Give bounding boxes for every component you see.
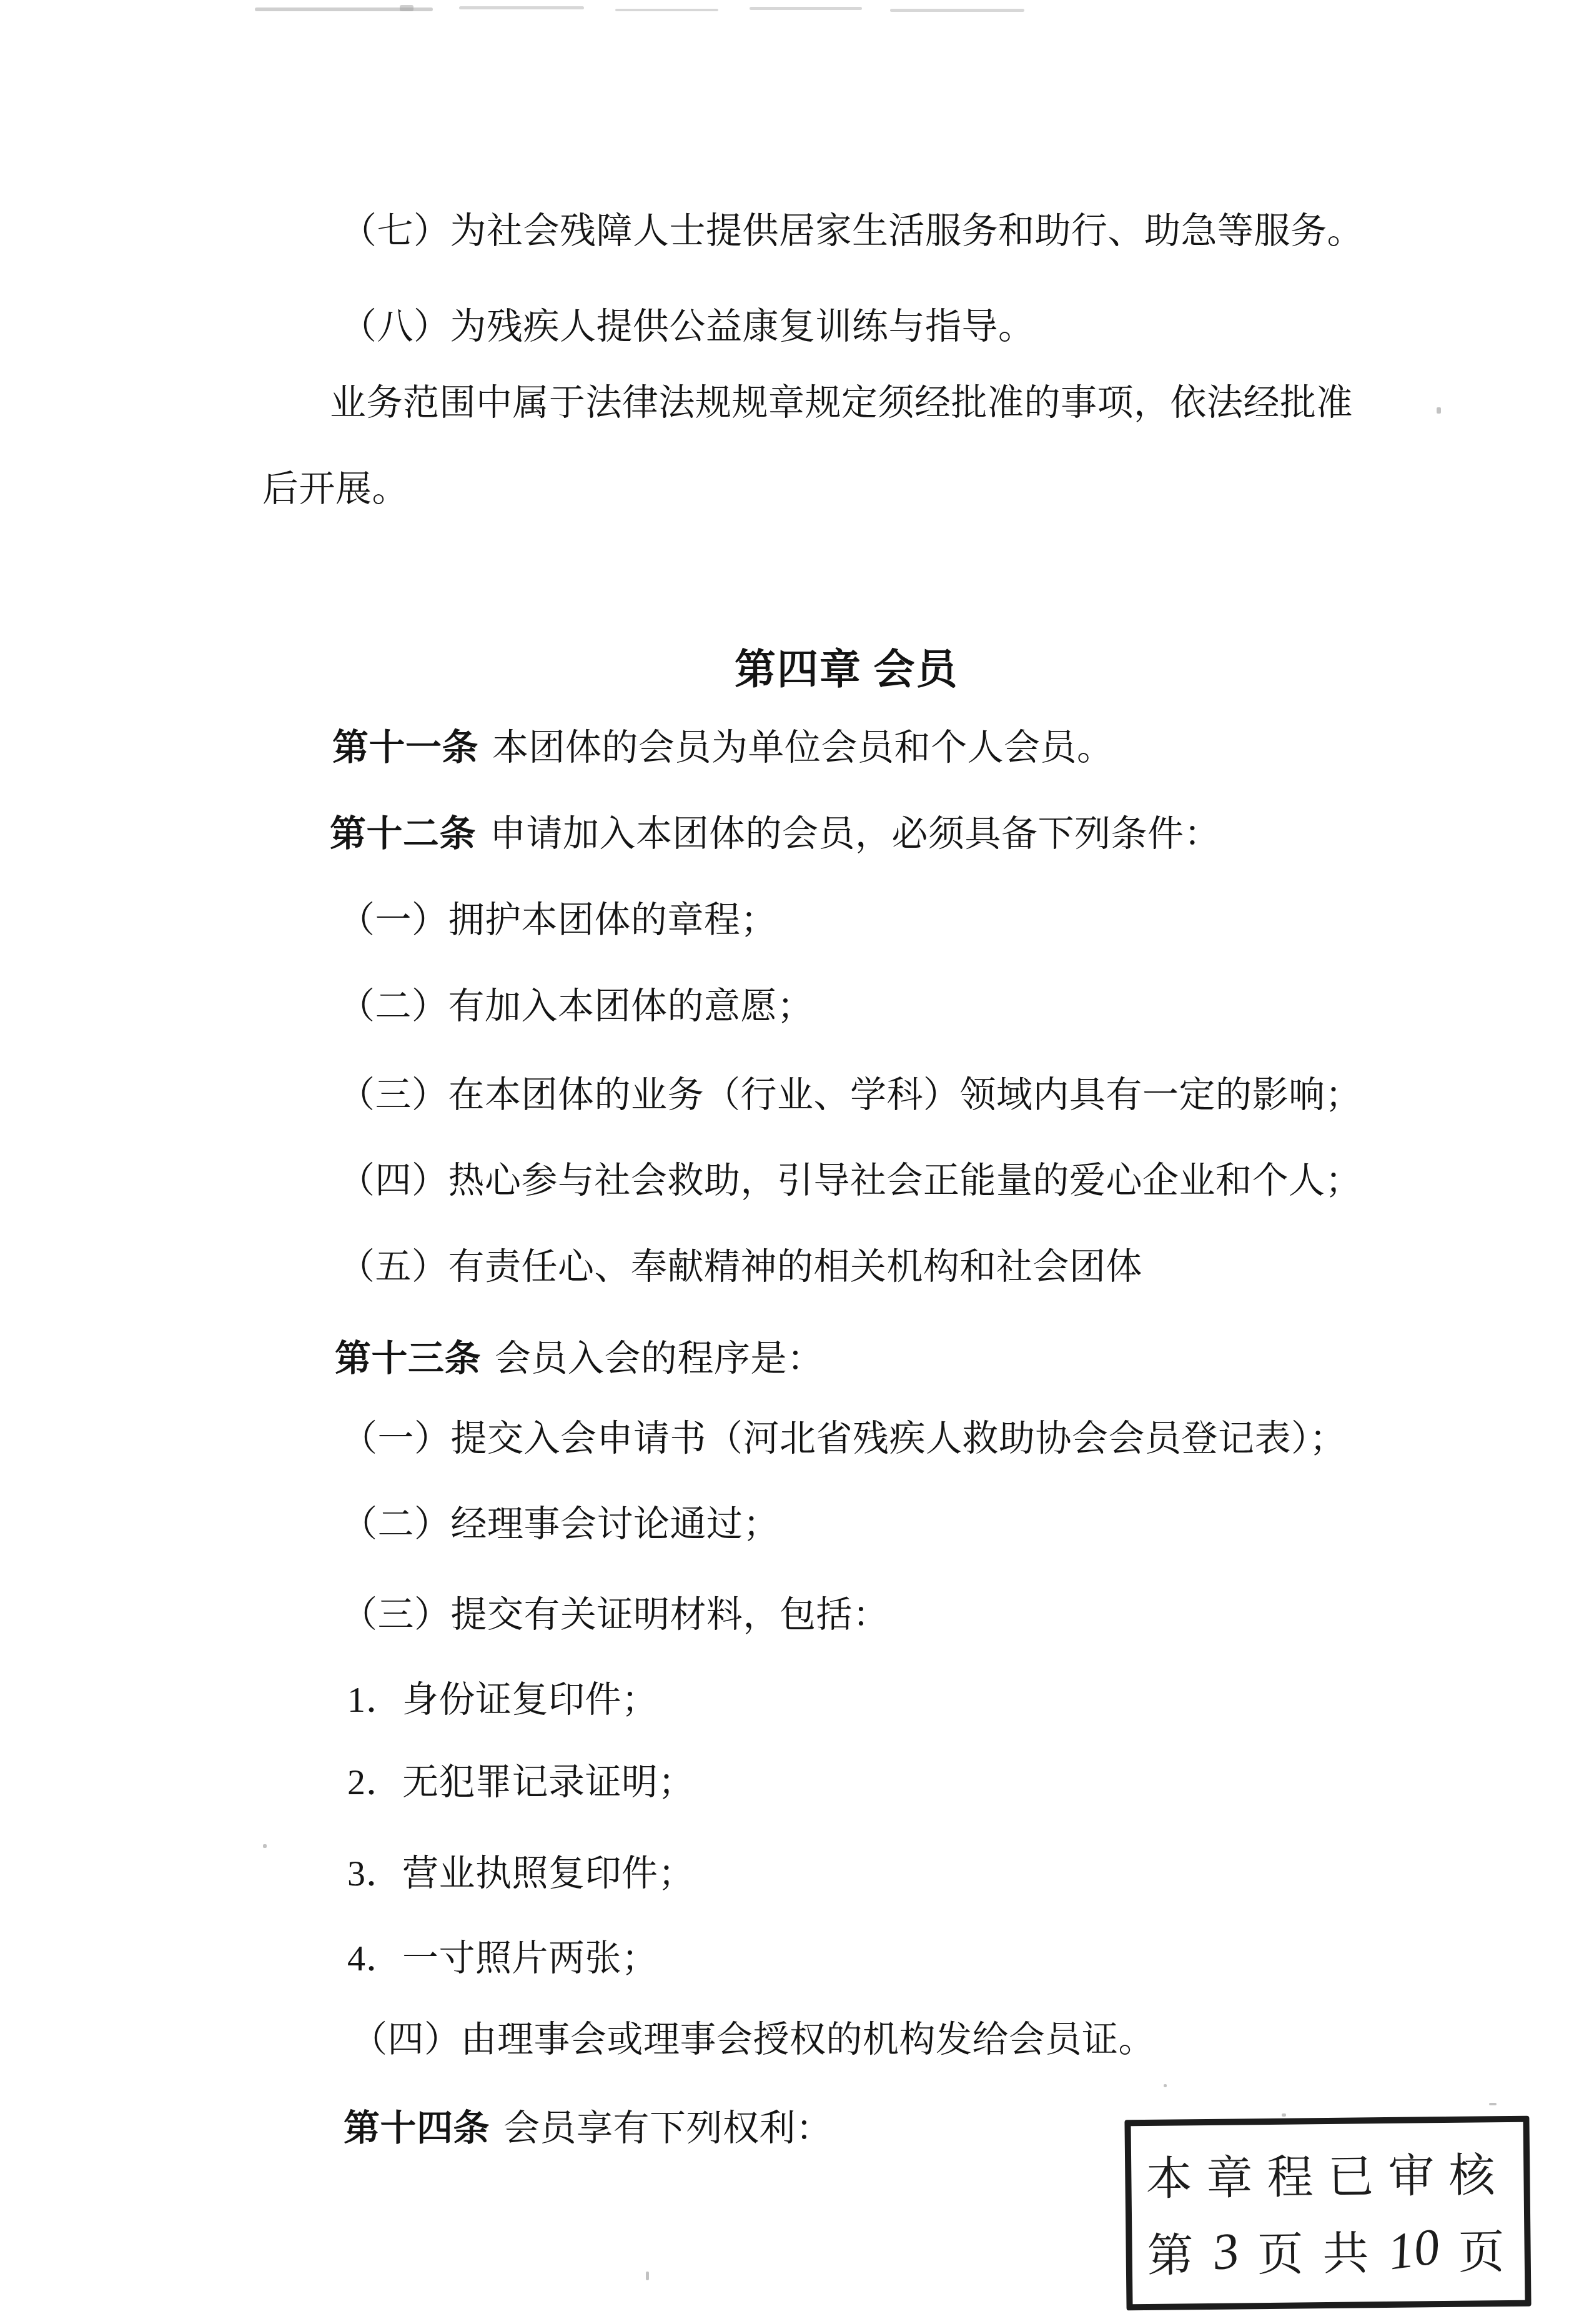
line-text: 3．营业执照复印件； — [347, 1853, 695, 1894]
scan-speck — [1489, 2103, 1497, 2105]
line-text: （三）在本团体的业务（行业、学科）领域内具有一定的影响； — [339, 1075, 1362, 1115]
scan-speck — [1164, 2084, 1167, 2087]
paragraph-line: （一）提交入会申请书（河北省残疾人救助协会会员登记表）； — [341, 1417, 1346, 1461]
line-text: （一）拥护本团体的章程； — [339, 900, 777, 940]
line-text: 1．身份证复印件； — [347, 1679, 658, 1720]
line-text: 会员入会的程序是： — [495, 1338, 824, 1379]
paragraph-line: 第十三条会员入会的程序是： — [335, 1337, 824, 1381]
paragraph-line: （八）为残疾人提供公益康复训练与指导。 — [340, 305, 1035, 349]
article-number: 第十四条 — [344, 2108, 490, 2148]
stamp-page-number-handwritten: 3 — [1209, 2220, 1242, 2282]
line-text: （七）为社会残障人士提供居家生活服务和助行、助急等服务。 — [340, 211, 1364, 251]
stamp-total-number-handwritten: 10 — [1385, 2217, 1443, 2282]
paragraph-line: （七）为社会残障人士提供居家生活服务和助行、助急等服务。 — [340, 209, 1364, 253]
line-text: （五）有责任心、奉献精神的相关机构和社会团体 — [339, 1246, 1142, 1287]
list-item: 1．身份证复印件； — [347, 1678, 658, 1722]
paragraph-line: （五）有责任心、奉献精神的相关机构和社会团体 — [339, 1245, 1142, 1289]
line-text: （四）由理事会或理事会授权的机构发给会员证。 — [351, 2019, 1155, 2060]
scan-speck — [646, 2272, 649, 2280]
line-text: （二）经理事会讨论通过； — [341, 1504, 780, 1544]
paragraph-line: （四）由理事会或理事会授权的机构发给会员证。 — [351, 2018, 1155, 2062]
paragraph-line: （四）热心参与社会救助，引导社会正能量的爱心企业和个人； — [339, 1159, 1362, 1203]
line-text: 后开展。 — [262, 469, 408, 509]
article-number: 第十二条 — [330, 813, 476, 854]
line-text: （八）为残疾人提供公益康复训练与指导。 — [340, 306, 1035, 347]
scan-smudge — [400, 5, 413, 11]
paragraph-line: 后开展。 — [262, 467, 408, 511]
stamp-approved-text: 本章程已审核 — [1142, 2138, 1513, 2208]
scanned-document-page: （七）为社会残障人士提供居家生活服务和助行、助急等服务。 （八）为残疾人提供公益… — [0, 0, 1579, 2324]
paragraph-line: （三）在本团体的业务（行业、学科）领域内具有一定的影响； — [339, 1073, 1362, 1117]
scan-speck — [1437, 407, 1441, 414]
paragraph-line: （二）有加入本团体的意愿； — [339, 985, 814, 1028]
stamp-page-unit: 页 — [1257, 2217, 1304, 2284]
scan-smudge — [615, 9, 718, 11]
line-text: 会员享有下列权利： — [503, 2108, 833, 2148]
paragraph-line: 业务范围中属于法律法规规章规定须经批准的事项，依法经批准 — [330, 381, 1353, 425]
stamp-total-unit: 页 — [1458, 2215, 1505, 2282]
list-item: 3．营业执照复印件； — [347, 1852, 695, 1895]
paragraph-line: 第十一条本团体的会员为单位会员和个人会员。 — [332, 726, 1114, 770]
line-text: （二）有加入本团体的意愿； — [339, 986, 814, 1026]
stamp-page-line: 第 3 页 共 10 页 — [1143, 2215, 1513, 2285]
paragraph-line: （三）提交有关证明材料，包括： — [341, 1593, 889, 1637]
article-number: 第十一条 — [332, 727, 478, 768]
line-text: （一）提交入会申请书（河北省残疾人救助协会会员登记表）； — [341, 1418, 1346, 1459]
scan-speck — [1282, 2113, 1286, 2117]
scan-smudge — [750, 7, 862, 10]
stamp-page-prefix: 第 — [1147, 2218, 1194, 2285]
line-text: 2．无犯罪记录证明； — [347, 1762, 695, 1802]
line-text: （三）提交有关证明材料，包括： — [341, 1594, 889, 1635]
scan-smudge — [890, 9, 1024, 12]
stamp-total-prefix: 共 — [1322, 2217, 1369, 2283]
scan-speck — [263, 1844, 267, 1848]
line-text: （四）热心参与社会救助，引导社会正能量的爱心企业和个人； — [339, 1160, 1362, 1201]
review-stamp: 本章程已审核 第 3 页 共 10 页 — [1124, 2116, 1531, 2311]
paragraph-line: （二）经理事会讨论通过； — [341, 1502, 780, 1546]
line-text: 业务范围中属于法律法规规章规定须经批准的事项，依法经批准 — [330, 382, 1353, 423]
list-item: 4．一寸照片两张； — [347, 1937, 658, 1980]
chapter-heading: 第四章 会员 — [735, 636, 959, 695]
paragraph-line: 第十二条申请加入本团体的会员，必须具备下列条件： — [330, 812, 1220, 856]
line-text: 本团体的会员为单位会员和个人会员。 — [492, 727, 1114, 768]
line-text: 申请加入本团体的会员，必须具备下列条件： — [490, 813, 1220, 854]
scan-smudge — [459, 6, 584, 9]
paragraph-line: （一）拥护本团体的章程； — [339, 898, 777, 942]
list-item: 2．无犯罪记录证明； — [347, 1760, 695, 1804]
paragraph-line: 第十四条会员享有下列权利： — [344, 2107, 833, 2150]
article-number: 第十三条 — [335, 1338, 481, 1379]
line-text: 4．一寸照片两张； — [347, 1938, 658, 1979]
